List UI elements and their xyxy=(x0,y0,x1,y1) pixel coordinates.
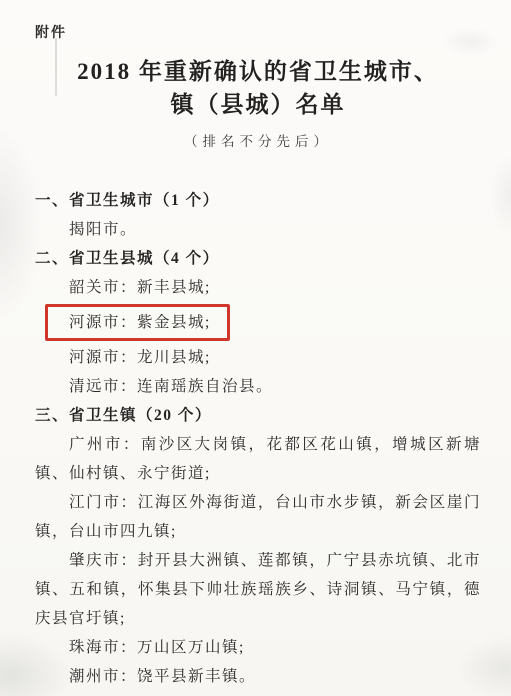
list-item: 韶关市：新丰县城; xyxy=(35,273,481,302)
section-sanitary-towns: 三、省卫生镇（20 个） 广州市：南沙区大岗镇，花都区花山镇，增城区新塘镇、仙村… xyxy=(35,401,481,691)
scanned-document-page: 附件 2018 年重新确认的省卫生城市、 镇（县城）名单 （排名不分先后） 一、… xyxy=(0,0,511,696)
document-title: 2018 年重新确认的省卫生城市、 镇（县城）名单 xyxy=(35,55,481,121)
highlight-box: 河源市：紫金县城; xyxy=(45,304,230,341)
document-sections: 一、省卫生城市（1 个） 揭阳市。 二、省卫生县城（4 个） 韶关市：新丰县城;… xyxy=(35,186,481,691)
list-item: 清远市：连南瑶族自治县。 xyxy=(35,372,481,401)
section-heading: 三、省卫生镇（20 个） xyxy=(35,401,481,430)
document-title-line1: 2018 年重新确认的省卫生城市、 xyxy=(35,55,481,88)
document-title-line2: 镇（县城）名单 xyxy=(35,88,481,121)
attachment-label: 附件 xyxy=(35,22,481,42)
section-sanitary-cities: 一、省卫生城市（1 个） 揭阳市。 xyxy=(35,186,481,244)
list-item: 河源市：龙川县城; xyxy=(35,343,481,372)
list-item: 潮州市：饶平县新丰镇。 xyxy=(35,662,481,691)
list-item: 江门市：江海区外海街道，台山市水步镇，新会区崖门镇，台山市四九镇; xyxy=(35,488,481,546)
section-heading: 二、省卫生县城（4 个） xyxy=(35,244,481,273)
document-subtitle: （排名不分先后） xyxy=(35,130,481,150)
section-heading: 一、省卫生城市（1 个） xyxy=(35,186,481,215)
list-item-highlighted: 河源市：紫金县城; xyxy=(35,304,481,341)
section-sanitary-county-towns: 二、省卫生县城（4 个） 韶关市：新丰县城; 河源市：紫金县城; 河源市：龙川县… xyxy=(35,244,481,401)
list-item: 揭阳市。 xyxy=(35,215,481,244)
list-item: 肇庆市：封开县大洲镇、莲都镇，广宁县赤坑镇、北市镇、五和镇，怀集县下帅壮族瑶族乡… xyxy=(35,546,481,633)
document-content: 附件 2018 年重新确认的省卫生城市、 镇（县城）名单 （排名不分先后） 一、… xyxy=(0,0,511,691)
highlighted-entry-text: 河源市：紫金县城; xyxy=(69,314,211,331)
list-item: 珠海市：万山区万山镇; xyxy=(35,633,481,662)
list-item: 广州市：南沙区大岗镇，花都区花山镇，增城区新塘镇、仙村镇、永宁街道; xyxy=(35,430,481,488)
